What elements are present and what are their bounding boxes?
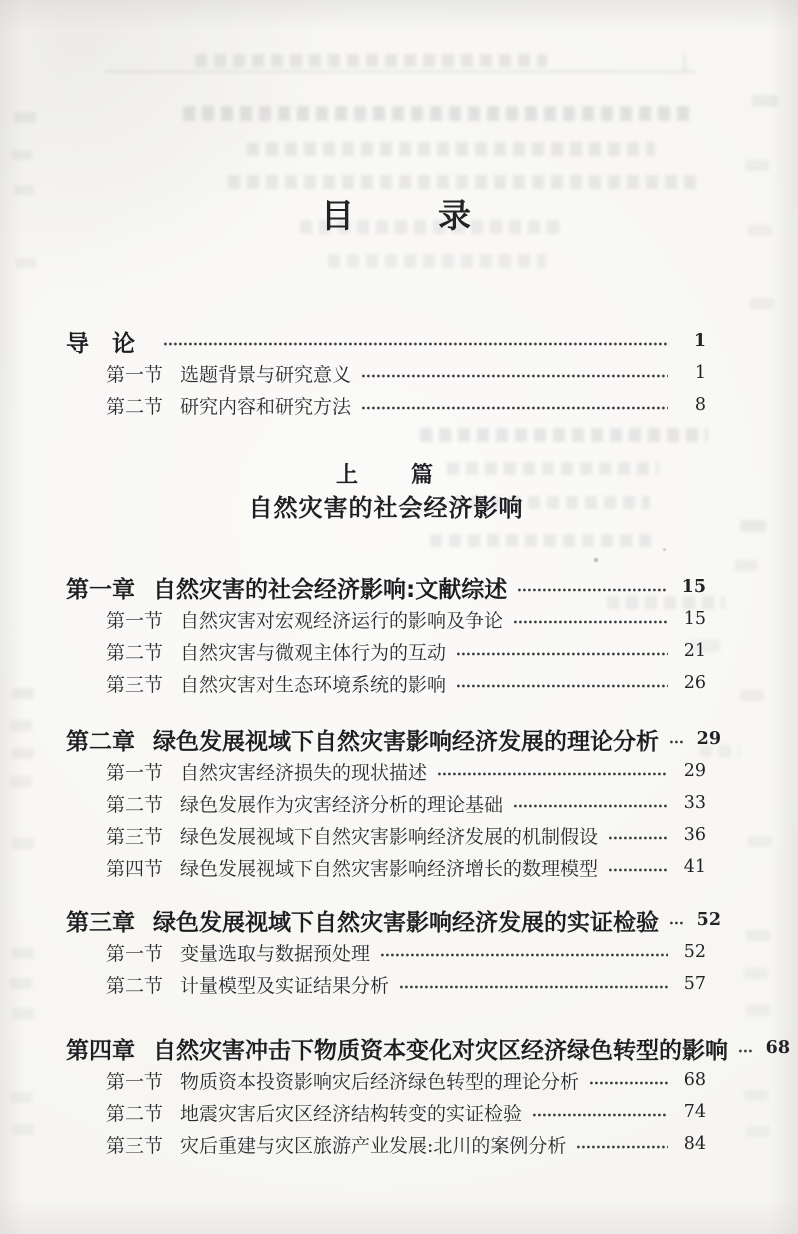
part-divider: 上 篇 自然灾害的社会经济影响 [66, 460, 706, 526]
toc-section-row: 第三节绿色发展视域下自然灾害影响经济发展的机制假设36 [66, 819, 706, 851]
dotted-leader [456, 684, 668, 688]
bleedthrough-mark [10, 978, 32, 989]
toc-section-row: 第三节自然灾害对生态环境系统的影响26 [66, 667, 706, 699]
dotted-leader [513, 804, 668, 808]
toc-entry-page: 15 [676, 609, 706, 629]
toc-chapter-row: 第四章自然灾害冲击下物质资本变化对灾区经济绿色转型的影响68 [66, 1032, 706, 1064]
bleedthrough-mark [195, 54, 547, 67]
bleedthrough-mark [228, 175, 698, 189]
toc-entry-label: 第四节 [106, 854, 163, 881]
bleedthrough-mark [12, 150, 32, 160]
toc-group-chapter3: 第三章绿色发展视域下自然灾害影响经济发展的实证检验52 第一节变量选取与数据预处… [66, 904, 706, 1000]
dotted-leader [669, 740, 683, 744]
toc-section-row: 第一节变量选取与数据预处理52 [66, 936, 706, 968]
toc-section-row: 第一节物质资本投资影响灾后经济绿色转型的理论分析68 [66, 1064, 706, 1096]
dotted-leader [380, 953, 668, 957]
toc-entry-title: 自然灾害对生态环境系统的影响 [180, 670, 446, 697]
toc-list: 导 论1 第一节选题背景与研究意义1 第二节研究内容和研究方法8 上 篇 自然灾… [66, 310, 706, 1160]
toc-entry-label: 第三节 [106, 670, 163, 697]
toc-entry-label: 第二章 [66, 723, 135, 756]
bleedthrough-mark [735, 560, 757, 571]
bleedthrough-mark [10, 776, 32, 787]
toc-section-row: 第三节灾后重建与灾区旅游产业发展:北川的案例分析84 [66, 1128, 706, 1160]
toc-entry-label: 第一节 [106, 360, 163, 387]
bleedthrough-mark [247, 142, 655, 156]
bleedthrough-mark [12, 1124, 34, 1135]
toc-entry-title: 自然灾害的社会经济影响:文献综述 [153, 571, 507, 604]
bleedthrough-mark [12, 838, 34, 849]
toc-entry-title: 地震灾害后灾区经济结构转变的实证检验 [180, 1099, 522, 1126]
toc-entry-label: 导 论 [66, 325, 135, 358]
bleedthrough-mark [12, 1008, 34, 1019]
page-title: 目 录 [0, 196, 798, 236]
toc-entry-page: 52 [691, 910, 721, 930]
toc-entry-page: 29 [691, 729, 721, 749]
toc-entry-page: 36 [676, 825, 706, 845]
toc-group-intro: 导 论1 第一节选题背景与研究意义1 第二节研究内容和研究方法8 [66, 325, 706, 421]
bleedthrough-mark [12, 688, 34, 699]
toc-entry-page: 21 [676, 641, 706, 661]
toc-group-chapter2: 第二章绿色发展视域下自然灾害影响经济发展的理论分析29 第一节自然灾害经济损失的… [66, 723, 706, 883]
bleedthrough-mark [746, 1126, 770, 1137]
toc-entry-label: 第四章 [66, 1032, 135, 1065]
toc-entry-page: 74 [676, 1102, 706, 1122]
toc-entry-page: 26 [676, 673, 706, 693]
toc-section-row: 第一节自然灾害对宏观经济运行的影响及争论15 [66, 603, 706, 635]
toc-section-row: 第一节自然灾害经济损失的现状描述29 [66, 755, 706, 787]
toc-entry-label: 第三节 [106, 1131, 163, 1158]
toc-entry-label: 第一节 [106, 758, 163, 785]
toc-entry-page: 29 [676, 761, 706, 781]
toc-entry-page: 57 [676, 974, 706, 994]
toc-entry-page: 1 [676, 331, 706, 351]
toc-chapter-row: 导 论1 [66, 325, 706, 357]
toc-entry-title: 自然灾害对宏观经济运行的影响及争论 [180, 606, 503, 633]
toc-entry-page: 15 [676, 577, 706, 597]
toc-entry-page: 68 [676, 1070, 706, 1090]
toc-entry-title: 研究内容和研究方法 [180, 392, 351, 419]
toc-entry-title: 物质资本投资影响灾后经济绿色转型的理论分析 [180, 1067, 579, 1094]
dotted-leader [361, 374, 668, 378]
toc-group-chapter1: 第一章自然灾害的社会经济影响:文献综述15 第一节自然灾害对宏观经济运行的影响及… [66, 571, 706, 699]
toc-entry-label: 第二节 [106, 790, 163, 817]
bleedthrough-mark [10, 1092, 32, 1103]
part-name: 上 篇 [66, 460, 706, 490]
dotted-leader [669, 921, 683, 925]
bleedthrough-mark [683, 54, 686, 73]
toc-entry-page: 8 [676, 395, 706, 415]
part-title: 自然灾害的社会经济影响 [66, 490, 706, 526]
dotted-leader [589, 1081, 668, 1085]
bleedthrough-mark [750, 298, 774, 309]
toc-entry-label: 第一节 [106, 1067, 163, 1094]
toc-entry-label: 第三章 [66, 904, 135, 937]
bleedthrough-mark [746, 1005, 770, 1016]
bleedthrough-mark [183, 106, 695, 121]
bleedthrough-mark [752, 95, 778, 107]
scanned-book-page: 目 录 导 论1 第一节选题背景与研究意义1 第二节研究内容和研究方法8 上 篇… [0, 0, 798, 1234]
toc-chapter-row: 第三章绿色发展视域下自然灾害影响经济发展的实证检验52 [66, 904, 706, 936]
toc-entry-title: 绿色发展视域下自然灾害影响经济增长的数理模型 [180, 854, 598, 881]
toc-entry-title: 绿色发展视域下自然灾害影响经济发展的理论分析 [153, 723, 659, 756]
toc-entry-label: 第二节 [106, 1099, 163, 1126]
dotted-leader [399, 985, 668, 989]
bleedthrough-mark [12, 948, 34, 959]
dotted-leader [456, 652, 668, 656]
toc-entry-page: 52 [676, 942, 706, 962]
toc-entry-label: 第一章 [66, 571, 135, 604]
toc-entry-label: 第二节 [106, 392, 163, 419]
dotted-leader [437, 772, 668, 776]
toc-section-row: 第二节地震灾害后灾区经济结构转变的实证检验74 [66, 1096, 706, 1128]
dotted-leader [738, 1049, 752, 1053]
dotted-leader [608, 836, 668, 840]
toc-section-row: 第一节选题背景与研究意义1 [66, 357, 706, 389]
toc-section-row: 第二节绿色发展作为灾害经济分析的理论基础33 [66, 787, 706, 819]
bleedthrough-mark [744, 1090, 768, 1101]
toc-entry-label: 第一节 [106, 606, 163, 633]
toc-entry-title: 选题背景与研究意义 [180, 360, 351, 387]
toc-entry-title: 计量模型及实证结果分析 [180, 971, 389, 998]
toc-entry-title: 绿色发展视域下自然灾害影响经济发展的机制假设 [180, 822, 598, 849]
toc-entry-title: 自然灾害冲击下物质资本变化对灾区经济绿色转型的影响 [153, 1032, 728, 1065]
toc-chapter-row: 第二章绿色发展视域下自然灾害影响经济发展的理论分析29 [66, 723, 706, 755]
toc-entry-page: 1 [676, 363, 706, 383]
dotted-leader [517, 588, 668, 592]
dotted-leader [361, 406, 668, 410]
toc-section-row: 第二节计量模型及实证结果分析57 [66, 968, 706, 1000]
toc-entry-title: 绿色发展作为灾害经济分析的理论基础 [180, 790, 503, 817]
dotted-leader [163, 342, 668, 346]
toc-entry-label: 第一节 [106, 939, 163, 966]
dotted-leader [532, 1113, 668, 1117]
bleedthrough-mark [14, 112, 36, 123]
dotted-leader [608, 868, 668, 872]
toc-entry-title: 绿色发展视域下自然灾害影响经济发展的实证检验 [153, 904, 659, 937]
bleedthrough-mark [328, 254, 546, 268]
toc-section-row: 第二节自然灾害与微观主体行为的互动21 [66, 635, 706, 667]
dotted-leader [576, 1145, 668, 1149]
bleedthrough-mark [12, 748, 34, 759]
toc-group-chapter4: 第四章自然灾害冲击下物质资本变化对灾区经济绿色转型的影响68 第一节物质资本投资… [66, 1032, 706, 1160]
toc-entry-label: 第二节 [106, 638, 163, 665]
toc-section-row: 第四节绿色发展视域下自然灾害影响经济增长的数理模型41 [66, 851, 706, 883]
toc-entry-title: 变量选取与数据预处理 [180, 939, 370, 966]
bleedthrough-mark [744, 968, 768, 979]
bleedthrough-mark [10, 720, 32, 731]
bleedthrough-mark [740, 690, 764, 701]
toc-entry-title: 自然灾害经济损失的现状描述 [180, 758, 427, 785]
bleedthrough-mark [16, 258, 36, 268]
toc-entry-page: 84 [676, 1134, 706, 1154]
bleedthrough-mark [14, 185, 34, 195]
toc-chapter-row: 第一章自然灾害的社会经济影响:文献综述15 [66, 571, 706, 603]
toc-section-row: 第二节研究内容和研究方法8 [66, 389, 706, 421]
toc-entry-page: 41 [676, 857, 706, 877]
toc-entry-page: 33 [676, 793, 706, 813]
toc-entry-label: 第三节 [106, 822, 163, 849]
dotted-leader [513, 620, 668, 624]
bleedthrough-mark [745, 160, 769, 171]
toc-entry-title: 灾后重建与灾区旅游产业发展:北川的案例分析 [180, 1131, 566, 1158]
bleedthrough-mark [746, 930, 770, 941]
bleedthrough-mark [740, 520, 766, 532]
toc-entry-label: 第二节 [106, 971, 163, 998]
toc-entry-page: 68 [760, 1038, 790, 1058]
bleedthrough-mark [105, 70, 695, 73]
bleedthrough-mark [748, 836, 772, 847]
toc-entry-title: 自然灾害与微观主体行为的互动 [180, 638, 446, 665]
